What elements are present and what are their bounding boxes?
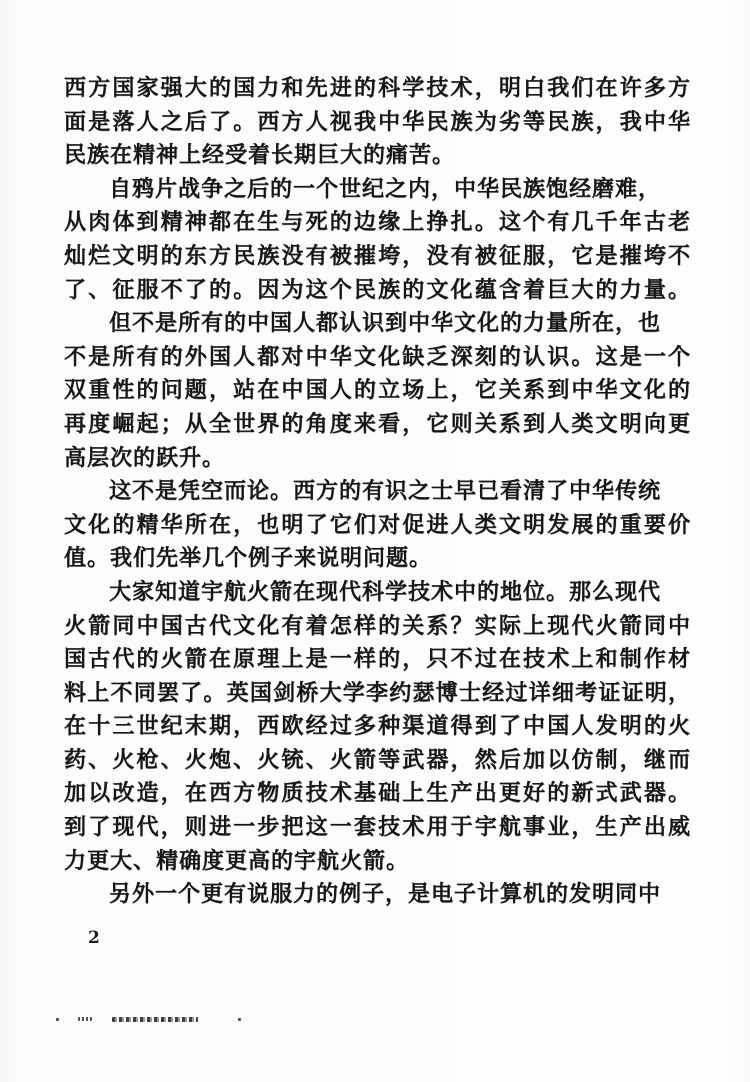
text-line: 料上不同罢了。英国剑桥大学李约瑟博士经过详细考证证明， — [64, 676, 690, 710]
text-line: 值。我们先举几个例子来说明问题。 — [64, 541, 690, 575]
text-line: 在十三世纪末期，西欧经过多种渠道得到了中国人发明的火 — [64, 709, 690, 743]
text-line: 药、火枪、火炮、火铳、火箭等武器，然后加以仿制，继而 — [64, 743, 690, 777]
text-line: 高层次的跃升。 — [64, 441, 690, 475]
text-line: 从肉体到精神都在生与死的边缘上挣扎。这个有几千年古老 — [64, 205, 690, 239]
text-line: 力更大、精确度更高的宇航火箭。 — [64, 844, 690, 878]
scanned-book-page: { "colors": { "paper": "#fbfbf9", "ink":… — [0, 0, 750, 1082]
text-line: 加以改造，在西方物质技术基础上生产出更好的新式武器。 — [64, 776, 690, 810]
body-text: 西方国家强大的国力和先进的科学技术，明白我们在许多方 面是落人之后了。西方人视我… — [64, 71, 690, 911]
scan-speck — [238, 1018, 241, 1021]
text-line: 灿烂文明的东方民族没有被摧垮，没有被征服，它是摧垮不 — [64, 239, 690, 273]
text-line: 自鸦片战争之后的一个世纪之内，中华民族饱经磨难， — [64, 172, 690, 206]
text-line: 另外一个更有说服力的例子，是电子计算机的发明同中 — [64, 877, 690, 911]
scan-smudge — [112, 1017, 198, 1022]
text-line: 国古代的火箭在原理上是一样的，只不过在技术上和制作材 — [64, 642, 690, 676]
text-line: 面是落人之后了。西方人视我中华民族为劣等民族，我中华 — [64, 105, 690, 139]
book-page: 西方国家强大的国力和先进的科学技术，明白我们在许多方 面是落人之后了。西方人视我… — [0, 0, 750, 1082]
text-line: 西方国家强大的国力和先进的科学技术，明白我们在许多方 — [64, 71, 690, 105]
text-line: 大家知道宇航火箭在现代科学技术中的地位。那么现代 — [64, 575, 690, 609]
scan-speck — [56, 1018, 59, 1021]
text-line: 不是所有的外国人都对中华文化缺乏深刻的认识。这是一个 — [64, 340, 690, 374]
text-line: 再度崛起；从全世界的角度来看，它则关系到人类文明向更 — [64, 407, 690, 441]
text-line: 火箭同中国古代文化有着怎样的关系？实际上现代火箭同中 — [64, 609, 690, 643]
text-line: 双重性的问题，站在中国人的立场上，它关系到中华文化的 — [64, 373, 690, 407]
text-line: 民族在精神上经受着长期巨大的痛苦。 — [64, 138, 690, 172]
page-number: 2 — [88, 928, 100, 948]
text-line: 了、征服不了的。因为这个民族的文化蕴含着巨大的力量。 — [64, 273, 690, 307]
text-line: 这不是凭空而论。西方的有识之士早已看清了中华传统 — [64, 474, 690, 508]
scan-speck — [78, 1017, 92, 1021]
text-line: 到了现代，则进一步把这一套技术用于宇航事业，生产出威 — [64, 810, 690, 844]
text-line: 但不是所有的中国人都认识到中华文化的力量所在，也 — [64, 306, 690, 340]
text-line: 文化的精华所在，也明了它们对促进人类文明发展的重要价 — [64, 508, 690, 542]
scan-artifact — [56, 1016, 396, 1024]
